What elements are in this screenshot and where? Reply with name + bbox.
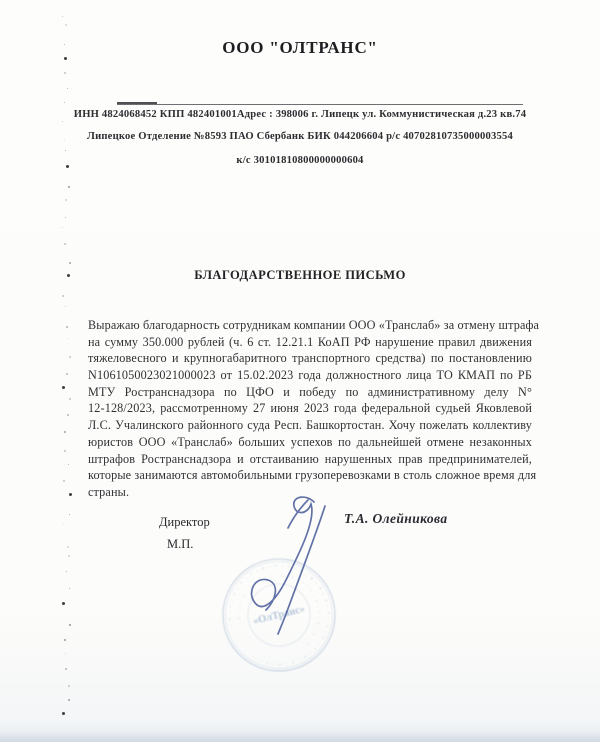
body-line: юристов ООО «Транслаб» больших успехов п… bbox=[88, 434, 532, 451]
scan-noise-dot bbox=[64, 72, 66, 74]
scan-noise-dot bbox=[62, 121, 63, 122]
scan-noise-dot bbox=[65, 653, 66, 654]
company-requisites-line-3: к/с 30101810800000000604 bbox=[0, 155, 600, 166]
scan-noise-dot bbox=[64, 431, 66, 433]
scan-noise-dot bbox=[69, 588, 70, 589]
body-line: которые занимаются автомобильными грузоп… bbox=[88, 467, 532, 484]
scanned-letter-page: ООО "ОЛТРАНС" ИНН 4824068452 КПП 4824010… bbox=[0, 0, 600, 742]
scan-noise-dot bbox=[64, 450, 66, 452]
scan-noise-dot bbox=[66, 373, 68, 375]
scan-noise-dot bbox=[69, 356, 71, 358]
scan-noise-dot bbox=[67, 338, 68, 339]
scan-noise-dot bbox=[62, 227, 63, 228]
company-requisites-line-1: ИНН 4824068452 КПП 482401001Адрес : 3980… bbox=[0, 109, 600, 120]
body-line: Л.С. Учалинского районного суда Респ. Ба… bbox=[88, 417, 532, 434]
scan-noise-dot bbox=[67, 274, 70, 277]
body-line: МТУ Ространснадзора по ЦФО и победу по а… bbox=[88, 384, 532, 401]
signatory-name: Т.А. Олейникова bbox=[344, 511, 447, 527]
scan-noise-dot bbox=[62, 602, 65, 605]
scan-noise-dot bbox=[68, 699, 70, 701]
scan-noise-dot bbox=[65, 150, 66, 151]
scan-noise-dot bbox=[63, 524, 64, 525]
scan-noise-dot bbox=[67, 414, 69, 416]
scan-noise-dot bbox=[68, 464, 69, 465]
handwritten-signature bbox=[228, 492, 338, 637]
company-name-header: ООО "ОЛТРАНС" bbox=[0, 38, 600, 58]
signature-role-label: Директор bbox=[159, 515, 210, 530]
scan-noise-dot bbox=[65, 668, 67, 670]
scan-noise-dot bbox=[64, 102, 65, 103]
scan-noise-dot bbox=[69, 624, 71, 626]
scan-noise-dot bbox=[64, 243, 66, 245]
body-line: 12-128/2023, рассмотренному 27 июня 2023… bbox=[88, 400, 532, 417]
scan-noise-dot bbox=[62, 16, 63, 17]
body-line: штрафов Ространснадзора и отстаиванию на… bbox=[88, 451, 532, 468]
scan-noise-dot bbox=[63, 480, 65, 482]
scan-bottom-shadow bbox=[0, 732, 600, 742]
body-line: тяжеловесного и крупногабаритного трансп… bbox=[88, 350, 532, 367]
scan-noise-dot bbox=[66, 571, 67, 572]
scan-noise-dot bbox=[62, 295, 64, 297]
signature-stroke bbox=[278, 506, 325, 634]
scan-noise-dot bbox=[67, 546, 69, 548]
body-line: N1061050023021000023 от 15.02.2023 года … bbox=[88, 367, 532, 384]
scan-noise-dot bbox=[65, 306, 66, 307]
signature-stroke bbox=[252, 497, 314, 610]
scan-noise-dot bbox=[65, 24, 67, 26]
scan-noise-dot bbox=[69, 493, 72, 496]
scan-noise-dot bbox=[64, 57, 67, 60]
scan-noise-dot bbox=[69, 398, 71, 400]
scan-noise-dot bbox=[68, 186, 70, 188]
header-divider-line bbox=[117, 104, 523, 105]
letter-body: Выражаю благодарность сотрудникам компан… bbox=[88, 317, 532, 501]
scan-noise-dot bbox=[65, 199, 67, 201]
scan-noise-dot bbox=[68, 685, 70, 687]
company-requisites-line-2: Липецкое Отделение №8593 ПАО Сбербанк БИ… bbox=[0, 131, 600, 142]
seal-place-label: М.П. bbox=[167, 537, 193, 552]
scan-noise-dot bbox=[66, 165, 69, 168]
scan-noise-dot bbox=[66, 326, 68, 328]
scan-noise-dot bbox=[64, 639, 66, 641]
scan-noise-dot bbox=[62, 712, 65, 715]
letter-title: БЛАГОДАРСТВЕННОЕ ПИСЬМО bbox=[0, 268, 600, 283]
scan-noise-dot bbox=[69, 514, 70, 515]
scan-noise-dot bbox=[69, 262, 71, 264]
body-line: Выражаю благодарность сотрудникам компан… bbox=[88, 317, 532, 334]
scan-noise-dot bbox=[67, 88, 68, 89]
scan-noise-dot bbox=[62, 386, 65, 389]
scan-noise-dot bbox=[64, 44, 65, 45]
scan-noise-dot bbox=[65, 217, 66, 218]
scan-noise-dot bbox=[68, 555, 70, 557]
body-line: на сумму 350.000 рублей (ч. 6 ст. 12.21.… bbox=[88, 334, 532, 351]
signature-stroke bbox=[288, 500, 308, 528]
